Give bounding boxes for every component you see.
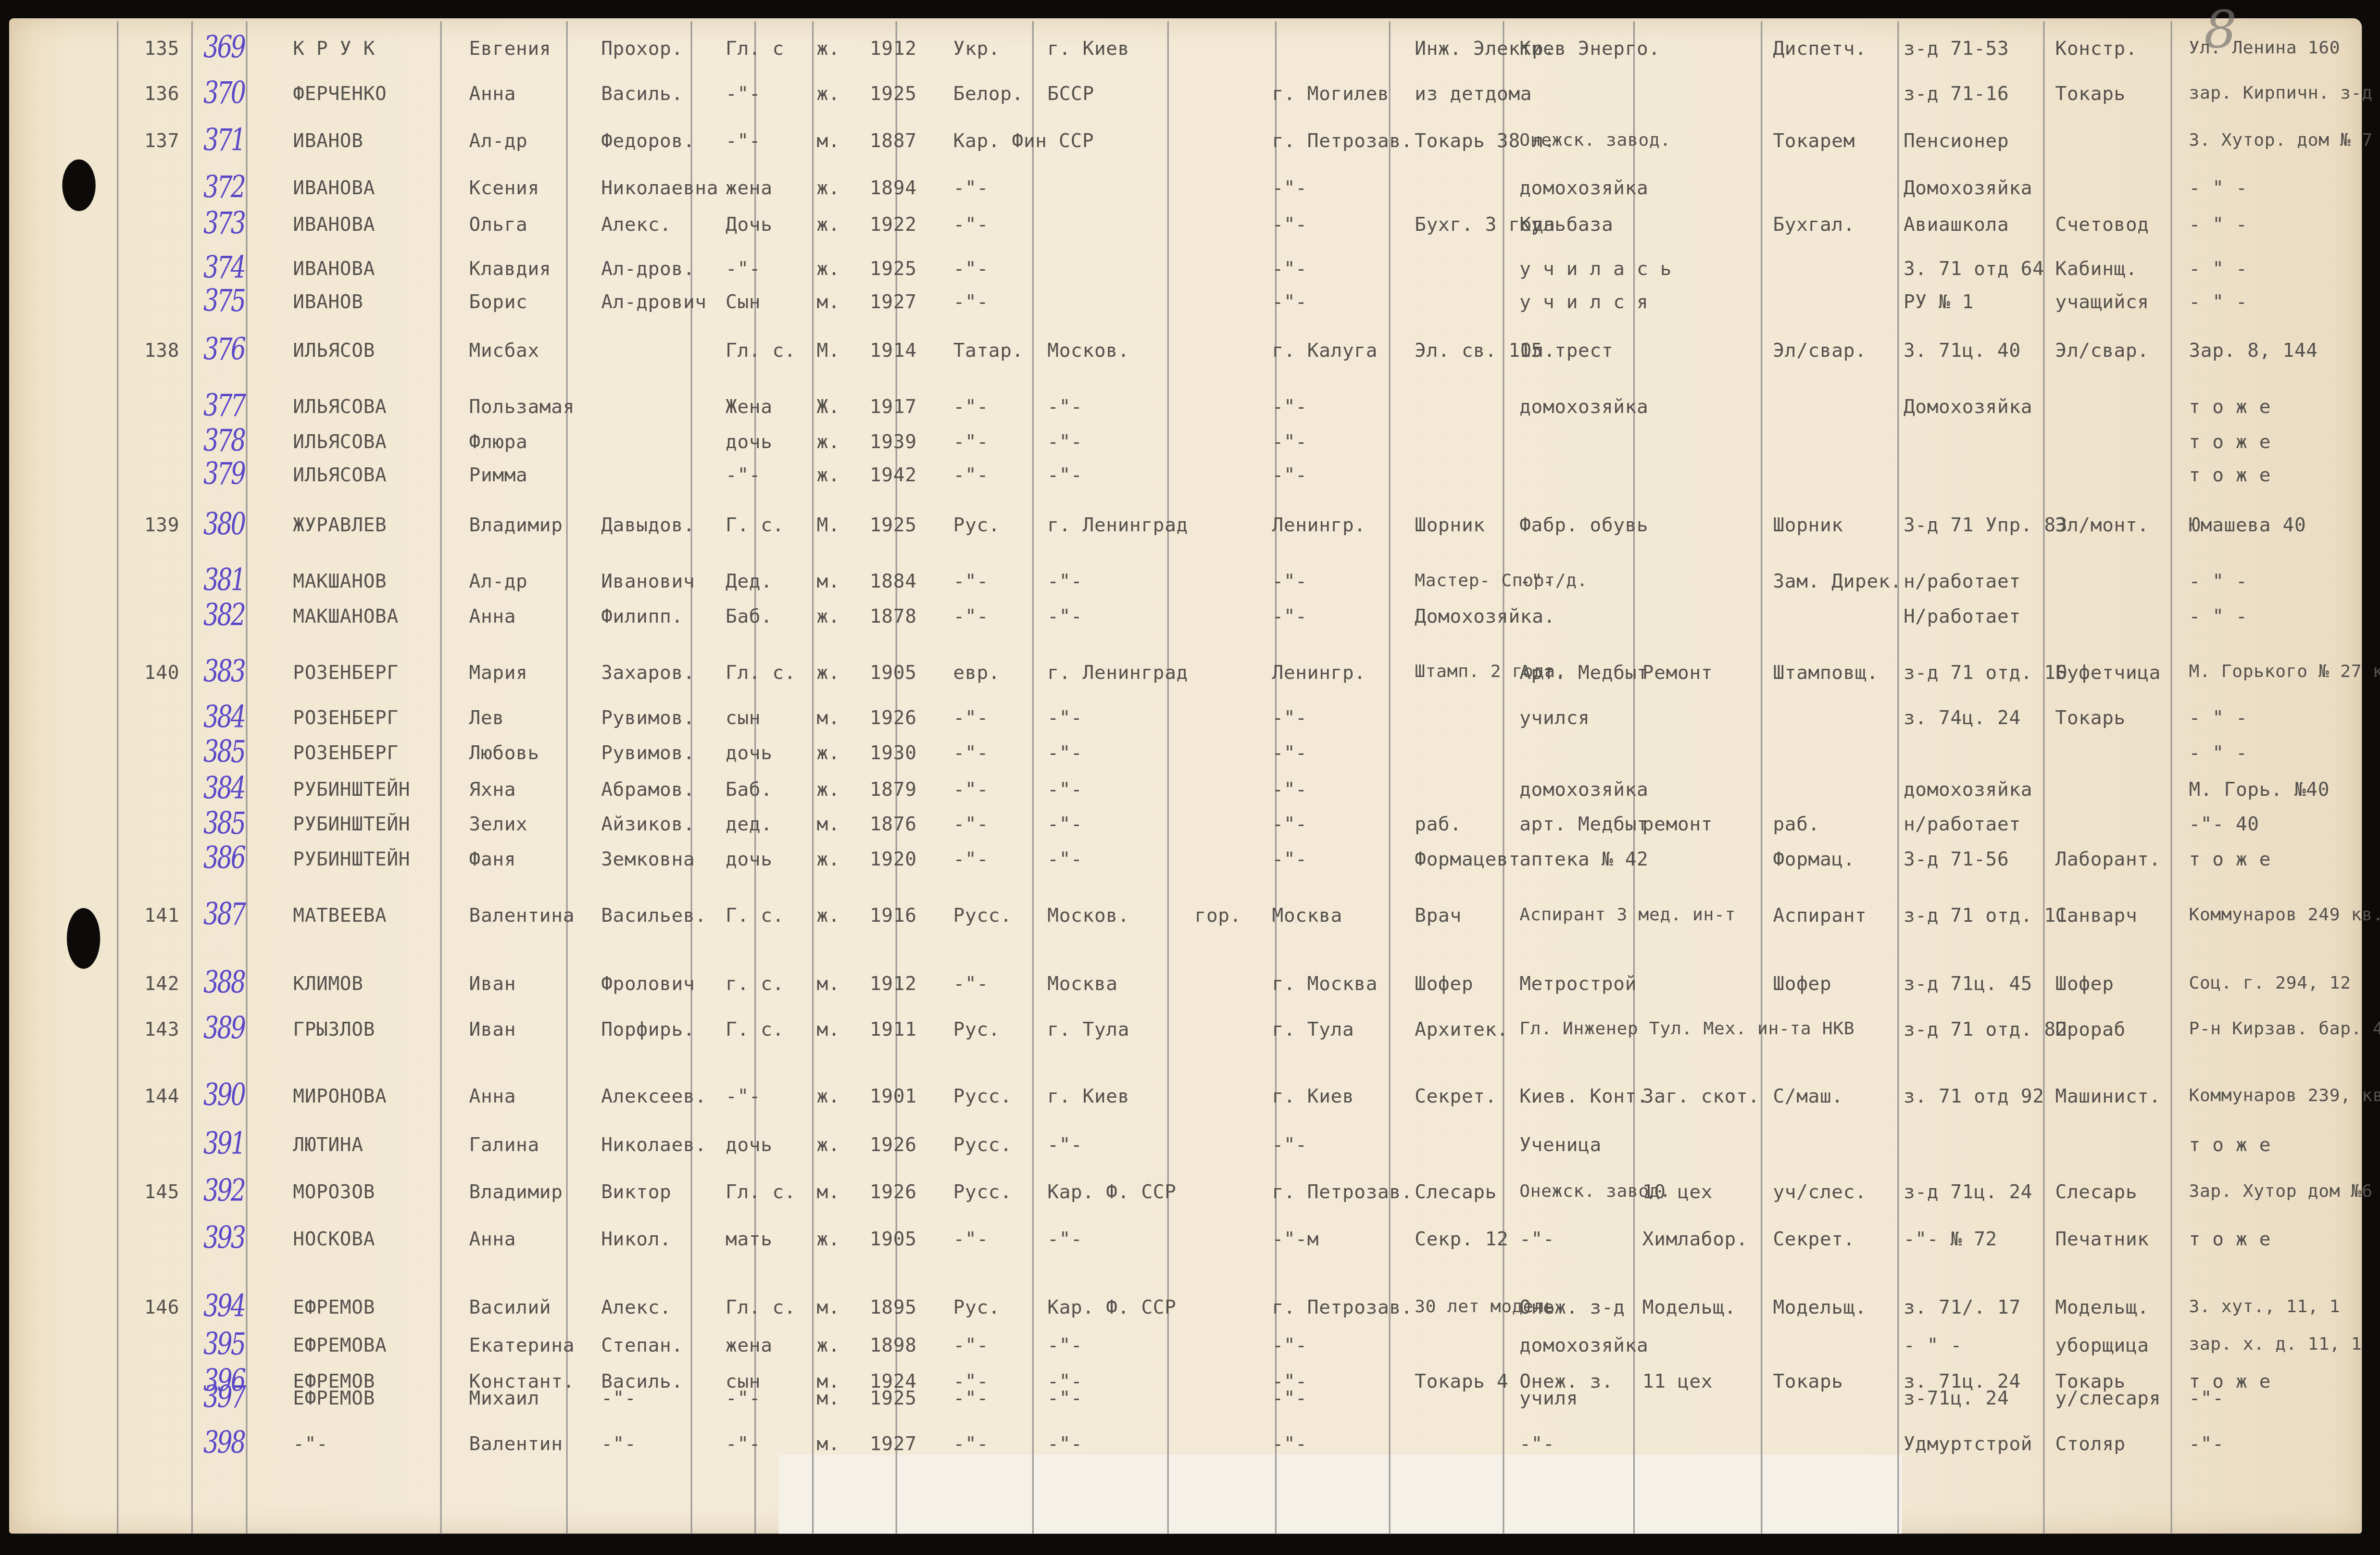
cell-surname: ИЛЬЯСОВА bbox=[293, 464, 387, 484]
handwritten-record-number: 391 bbox=[203, 1125, 244, 1162]
cell-name: Валентин bbox=[469, 1433, 563, 1453]
cell-name: Ал-др bbox=[469, 131, 528, 150]
cell-spec: Аспирант bbox=[1773, 905, 1866, 925]
cell-place: з. 71/. 17 bbox=[1904, 1297, 2021, 1317]
cell-year: 1927 bbox=[870, 291, 917, 311]
cell-addr: Зар. Хутор дом №6 кв 8 bbox=[2189, 1181, 2380, 1201]
cell-year: 1926 bbox=[870, 1181, 917, 1201]
document-stage: 8 135К Р У КЕвгенияПрохор.Гл. сж.1912Укр… bbox=[0, 0, 2380, 1555]
cell-prof: Врач bbox=[1415, 905, 1462, 925]
cell-addr: т о ж е bbox=[2189, 1229, 2271, 1248]
cell-surname: РОЗЕНБЕРГ bbox=[293, 708, 399, 727]
cell-arrived: -"- bbox=[1272, 1433, 1307, 1453]
cell-fam: 144 bbox=[144, 1086, 179, 1105]
cell-nat: -"- bbox=[953, 214, 989, 234]
cell-patr: Васильев. bbox=[601, 905, 707, 925]
cell-place: Домохозяйка bbox=[1904, 396, 2032, 416]
cell-sex: м. bbox=[816, 1297, 840, 1317]
cell-pos: Кабинщ. bbox=[2055, 258, 2138, 278]
cell-fam: 143 bbox=[144, 1019, 179, 1039]
cell-name: Борис bbox=[469, 291, 528, 311]
cell-sex: м. bbox=[816, 973, 840, 993]
cell-born: -"- bbox=[1047, 396, 1082, 416]
handwritten-record-number: 385 bbox=[203, 805, 244, 841]
cell-nat: -"- bbox=[953, 606, 989, 626]
cell-rel: -"- bbox=[726, 1433, 761, 1453]
cell-born: Москов. bbox=[1047, 340, 1129, 360]
cell-patr: Никол. bbox=[601, 1229, 671, 1248]
cell-nat: -"- bbox=[953, 291, 989, 311]
cell-addr: З. хут., 11, 1 bbox=[2189, 1297, 2340, 1317]
cell-spec: Бухгал. bbox=[1773, 214, 1855, 234]
cell-year: 1898 bbox=[870, 1335, 917, 1354]
cell-rel: дед. bbox=[726, 814, 773, 834]
punch-hole bbox=[62, 160, 95, 211]
cell-rel: -"- bbox=[726, 131, 761, 150]
cell-surname: К Р У К bbox=[293, 38, 375, 58]
cell-surname: МАТВЕЕВА bbox=[293, 905, 387, 925]
handwritten-record-number: 392 bbox=[203, 1172, 244, 1209]
cell-place: з-д 71 отд. 82 bbox=[1904, 1019, 2067, 1039]
cell-addr: -"- 40 bbox=[2189, 814, 2259, 834]
cell-name: Владимир bbox=[469, 1181, 563, 1201]
cell-addr: -"- bbox=[2189, 1388, 2224, 1407]
cell-rel: дочь bbox=[726, 742, 773, 762]
cell-year: 1895 bbox=[870, 1297, 917, 1317]
cell-place: з-д 71-16 bbox=[1904, 84, 2009, 103]
cell-work: Кульбаза bbox=[1519, 214, 1613, 234]
cell-surname: ИВАНОВА bbox=[293, 177, 375, 197]
cell-surname: ЕФРЕМОВА bbox=[293, 1335, 387, 1354]
cell-name: Зелих bbox=[469, 814, 528, 834]
cell-rel: жена bbox=[726, 1335, 773, 1354]
cell-rel: -"- bbox=[726, 258, 761, 278]
handwritten-record-number: 389 bbox=[203, 1010, 244, 1046]
cell-sex: м. bbox=[816, 1181, 840, 1201]
handwritten-record-number: 374 bbox=[203, 249, 244, 286]
cell-sex: м. bbox=[816, 708, 840, 727]
cell-pos: Токарь bbox=[2055, 84, 2126, 103]
cell-addr: Зар. 8, 144 bbox=[2189, 340, 2317, 360]
cell-prof: Домохозяйка. bbox=[1415, 606, 1555, 626]
cell-rel: Г. с. bbox=[726, 1019, 784, 1039]
cell-nat: -"- bbox=[953, 1433, 989, 1453]
cell-surname: РУБИНШТЕЙН bbox=[293, 779, 410, 799]
cell-year: 1926 bbox=[870, 1134, 917, 1154]
cell-name: Анна bbox=[469, 1086, 516, 1105]
cell-place: з-д 71ц. 24 bbox=[1904, 1181, 2032, 1201]
cell-nat: -"- bbox=[953, 464, 989, 484]
cell-place: з. 74ц. 24 bbox=[1904, 708, 2021, 727]
cell-sex: ж. bbox=[816, 177, 840, 197]
cell-prof: Архитек. bbox=[1415, 1019, 1508, 1039]
cell-work: -"- bbox=[1519, 571, 1554, 590]
cell-spec: Формац. bbox=[1773, 849, 1855, 868]
cell-born: -"- bbox=[1047, 779, 1082, 799]
cell-place: домохозяйка bbox=[1904, 779, 2032, 799]
cell-name: Анна bbox=[469, 84, 516, 103]
cell-nat: Татар. bbox=[953, 340, 1024, 360]
cell-arrived: -"- bbox=[1272, 849, 1307, 868]
cell-arrived: -"- bbox=[1272, 464, 1307, 484]
cell-arrived: -"-м bbox=[1272, 1229, 1319, 1248]
cell-addr: -"- bbox=[2189, 1433, 2224, 1453]
cell-sex: ж. bbox=[816, 849, 840, 868]
cell-pos: Прораб bbox=[2055, 1019, 2126, 1039]
cell-addr: т о ж е bbox=[2189, 396, 2271, 416]
cell-surname: ИВАНОВА bbox=[293, 214, 375, 234]
cell-year: 1942 bbox=[870, 464, 917, 484]
cell-rel: дочь bbox=[726, 431, 773, 451]
cell-nat: -"- bbox=[953, 708, 989, 727]
cell-sex: ж. bbox=[816, 464, 840, 484]
cell-nat: -"- bbox=[953, 258, 989, 278]
handwritten-record-number: 381 bbox=[203, 562, 244, 598]
cell-nat: Кар. Фин ССР bbox=[953, 131, 1094, 150]
handwritten-record-number: 375 bbox=[203, 282, 244, 319]
handwritten-record-number: 390 bbox=[203, 1077, 244, 1113]
cell-place: Н/работает bbox=[1904, 606, 2021, 626]
cell-work: учился bbox=[1519, 708, 1590, 727]
cell-name: Яхна bbox=[469, 779, 516, 799]
cell-sex: м. bbox=[816, 571, 840, 590]
cell-year: 1927 bbox=[870, 1433, 917, 1453]
cell-patr: Порфирь. bbox=[601, 1019, 695, 1039]
cell-name: Флюра bbox=[469, 431, 528, 451]
cell-year: 1878 bbox=[870, 606, 917, 626]
cell-addr: т о ж е bbox=[2189, 464, 2271, 484]
cell-name: Анна bbox=[469, 1229, 516, 1248]
cell-nat: -"- bbox=[953, 431, 989, 451]
cell-work: Онежск. завод. bbox=[1519, 131, 1671, 150]
cell-arrived: г. Могилев bbox=[1272, 84, 1390, 103]
cell-sex: м. bbox=[816, 131, 840, 150]
cell-year: 1930 bbox=[870, 742, 917, 762]
cell-prof: Мастер- Спорт/д. bbox=[1415, 571, 1588, 590]
cell-place: з-д 71-53 bbox=[1904, 38, 2009, 58]
cell-name: Владимир bbox=[469, 515, 563, 535]
cell-addr: т о ж е bbox=[2189, 849, 2271, 868]
cell-work: Метрострой bbox=[1519, 973, 1637, 993]
cell-addr: Соц. г. 294, 12 bbox=[2189, 973, 2351, 993]
cell-surname: ЕФРЕМОВ bbox=[293, 1388, 375, 1407]
cell-place: З-д 71 Упр. 83 bbox=[1904, 515, 2067, 535]
cell-work: Фабр. обувь bbox=[1519, 515, 1648, 535]
cell-place: Домохозяйка bbox=[1904, 177, 2032, 197]
cell-prof: Секр. 12 bbox=[1415, 1229, 1508, 1248]
cell-nat: -"- bbox=[953, 177, 989, 197]
cell-born: -"- bbox=[1047, 606, 1082, 626]
cell-spec: Токарем bbox=[1773, 131, 1855, 150]
cell-name: Лев bbox=[469, 708, 504, 727]
cell-pos: Столяр bbox=[2055, 1433, 2126, 1453]
cell-surname: ЛЮТИНА bbox=[293, 1134, 363, 1154]
cell-nat: Русс. bbox=[953, 1134, 1012, 1154]
cell-work2: Химлабор. bbox=[1642, 1229, 1748, 1248]
cell-pos: Шофер bbox=[2055, 973, 2114, 993]
cell-arrived: Москва bbox=[1272, 905, 1342, 925]
column-rule bbox=[2171, 21, 2172, 1533]
cell-arrived: -"- bbox=[1272, 708, 1307, 727]
cell-work: домохозяйка bbox=[1519, 779, 1648, 799]
cell-arrived: Ленингр. bbox=[1272, 515, 1366, 535]
cell-patr: Степан. bbox=[601, 1335, 683, 1354]
cell-rel: жена bbox=[726, 177, 773, 197]
cell-arrived: -"- bbox=[1272, 742, 1307, 762]
cell-born: г. Киев bbox=[1047, 1086, 1129, 1105]
cell-surname: МИРОНОВА bbox=[293, 1086, 387, 1105]
cell-rel: дочь bbox=[726, 1134, 773, 1154]
cell-spec: Шофер bbox=[1773, 973, 1831, 993]
cell-year: 1925 bbox=[870, 84, 917, 103]
cell-addr: М. Горь. №40 bbox=[2189, 779, 2330, 799]
cell-patr: Федоров. bbox=[601, 131, 695, 150]
cell-work2: ремонт bbox=[1642, 814, 1713, 834]
cell-nat: евр. bbox=[953, 662, 1001, 682]
cell-born: г. Ленинград bbox=[1047, 662, 1188, 682]
cell-name: Мисбах bbox=[469, 340, 539, 360]
cell-rel: Г. с. bbox=[726, 905, 784, 925]
cell-addr: т о ж е bbox=[2189, 431, 2271, 451]
cell-name: Валентина bbox=[469, 905, 575, 925]
cell-pos: Эл/монт. bbox=[2055, 515, 2149, 535]
handwritten-record-number: 376 bbox=[203, 331, 244, 367]
cell-nat: -"- bbox=[953, 742, 989, 762]
cell-born: -"- bbox=[1047, 849, 1082, 868]
cell-place: н/работает bbox=[1904, 814, 2021, 834]
cell-born: -"- bbox=[1047, 1335, 1082, 1354]
cell-fam: 146 bbox=[144, 1297, 179, 1317]
cell-nat: Рус. bbox=[953, 515, 1001, 535]
cell-rel: мать bbox=[726, 1229, 773, 1248]
cell-fam: 145 bbox=[144, 1181, 179, 1201]
cell-addr: т о ж е bbox=[2189, 1134, 2271, 1154]
column-rule bbox=[566, 21, 568, 1533]
cell-rel: Сын bbox=[726, 291, 761, 311]
cell-arrived: Ленингр. bbox=[1272, 662, 1366, 682]
cell-fam: 137 bbox=[144, 131, 179, 150]
cell-addr: Коммунаров 239, кв. 3 bbox=[2189, 1086, 2380, 1105]
cell-nat: -"- bbox=[953, 1229, 989, 1248]
cell-work2: 10 цех bbox=[1642, 1181, 1713, 1201]
cell-spec: Секрет. bbox=[1773, 1229, 1855, 1248]
cell-pos: Машинист. bbox=[2055, 1086, 2161, 1105]
cell-work: у ч и л с я bbox=[1519, 291, 1648, 311]
cell-pos: Токарь bbox=[2055, 708, 2126, 727]
cell-addr: Ул. Ленина 160 bbox=[2189, 38, 2340, 58]
cell-surname: МАКШАНОВА bbox=[293, 606, 399, 626]
cell-patr: Айзиков. bbox=[601, 814, 695, 834]
handwritten-record-number: 387 bbox=[203, 896, 244, 932]
cell-sex: ж. bbox=[816, 779, 840, 799]
cell-prof: Секрет. bbox=[1415, 1086, 1497, 1105]
cell-year: 1887 bbox=[870, 131, 917, 150]
cell-patr: Рувимов. bbox=[601, 742, 695, 762]
cell-addr: - " - bbox=[2189, 291, 2247, 311]
handwritten-record-number: 371 bbox=[203, 122, 244, 158]
cell-born: -"- bbox=[1047, 814, 1082, 834]
column-rule bbox=[117, 21, 118, 1533]
cell-rel: сын bbox=[726, 708, 761, 727]
cell-nat: -"- bbox=[953, 1335, 989, 1354]
cell-nat: -"- bbox=[953, 396, 989, 416]
cell-work: домохозяйка bbox=[1519, 1335, 1648, 1354]
cell-arrived: г. Тула bbox=[1272, 1019, 1354, 1039]
column-rule bbox=[1897, 21, 1899, 1533]
cell-nat: Русс. bbox=[953, 905, 1012, 925]
cell-spec: С/маш. bbox=[1773, 1086, 1843, 1105]
cell-surname: ИЛЬЯСОВ bbox=[293, 340, 375, 360]
cell-nat: -"- bbox=[953, 849, 989, 868]
cell-work: у ч и л а с ь bbox=[1519, 258, 1672, 278]
cell-prof: Формацевт bbox=[1415, 849, 1520, 868]
cell-pos: Печатник bbox=[2055, 1229, 2149, 1248]
cell-born: -"- bbox=[1047, 431, 1082, 451]
cell-name: Любовь bbox=[469, 742, 539, 762]
cell-year: 1912 bbox=[870, 973, 917, 993]
cell-work: Киев. Конт. bbox=[1519, 1086, 1648, 1105]
cell-born: -"- bbox=[1047, 571, 1082, 590]
cell-year: 1912 bbox=[870, 38, 917, 58]
column-rule bbox=[246, 21, 247, 1533]
cell-prof: Токарь 4 bbox=[1415, 1371, 1508, 1391]
cell-born: БССР bbox=[1047, 84, 1094, 103]
cell-surname: ИВАНОВ bbox=[293, 291, 363, 311]
cell-place: З. 71ц. 40 bbox=[1904, 340, 2021, 360]
cell-arrived: -"- bbox=[1272, 779, 1307, 799]
cell-nat: -"- bbox=[953, 973, 989, 993]
cell-year: 1939 bbox=[870, 431, 917, 451]
handwritten-record-number: 398 bbox=[203, 1424, 244, 1461]
cell-work2: 11 цех bbox=[1642, 1371, 1713, 1391]
cell-rel: Гл. с. bbox=[726, 1181, 796, 1201]
cell-prof: из детдома bbox=[1415, 84, 1532, 103]
cell-arrived: -"- bbox=[1272, 571, 1307, 590]
cell-name: Пользамая bbox=[469, 396, 575, 416]
cell-work: 15 трест bbox=[1519, 340, 1613, 360]
cell-work2: Ремонт bbox=[1642, 662, 1713, 682]
cell-born: -"- bbox=[1047, 742, 1082, 762]
cell-year: 1905 bbox=[870, 662, 917, 682]
cell-sex: ж. bbox=[816, 1229, 840, 1248]
cell-patr: Виктор bbox=[601, 1181, 671, 1201]
cell-patr: Абрамов. bbox=[601, 779, 695, 799]
cell-fam: 141 bbox=[144, 905, 179, 925]
cell-arrived: -"- bbox=[1272, 1134, 1307, 1154]
cell-work2: Модельщ. bbox=[1642, 1297, 1736, 1317]
cell-spec: уч/слес. bbox=[1773, 1181, 1866, 1201]
cell-name: Клавдия bbox=[469, 258, 551, 278]
cell-work: домохозяйка bbox=[1519, 396, 1648, 416]
cell-place: З. 71 отд 64 bbox=[1904, 258, 2044, 278]
cell-born: -"- bbox=[1047, 1433, 1082, 1453]
cell-rel: -"- bbox=[726, 1388, 761, 1407]
cell-pos: Счетовод bbox=[2055, 214, 2149, 234]
cell-place: з-д 71 отд. 11 bbox=[1904, 905, 2067, 925]
column-rule bbox=[1032, 21, 1034, 1533]
cell-surname: ЖУРАВЛЕВ bbox=[293, 515, 387, 535]
cell-arrived: -"- bbox=[1272, 177, 1307, 197]
cell-name: Мария bbox=[469, 662, 528, 682]
cell-pos: Слесарь bbox=[2055, 1181, 2138, 1201]
cell-place: Удмуртстрой bbox=[1904, 1433, 2032, 1453]
cell-surname: ИВАНОВ bbox=[293, 131, 363, 150]
cell-addr: - " - bbox=[2189, 708, 2247, 727]
cell-name: Иван bbox=[469, 973, 516, 993]
handwritten-record-number: 380 bbox=[203, 506, 244, 542]
cell-surname: РОЗЕНБЕРГ bbox=[293, 662, 399, 682]
cell-surname: МОРОЗОВ bbox=[293, 1181, 375, 1201]
cell-work2: Заг. скот. bbox=[1642, 1086, 1760, 1105]
cell-year: 1884 bbox=[870, 571, 917, 590]
cell-sex: м. bbox=[816, 1388, 840, 1407]
cell-nat: -"- bbox=[953, 1388, 989, 1407]
cell-born: г. Ленинград bbox=[1047, 515, 1188, 535]
cell-surname: РОЗЕНБЕРГ bbox=[293, 742, 399, 762]
handwritten-record-number: 372 bbox=[203, 169, 244, 205]
cell-patr: Прохор. bbox=[601, 38, 683, 58]
cell-spec: раб. bbox=[1773, 814, 1820, 834]
cell-sex: м. bbox=[816, 291, 840, 311]
cell-name: Ольга bbox=[469, 214, 528, 234]
handwritten-record-number: 384 bbox=[203, 699, 244, 735]
cell-work: училя bbox=[1519, 1388, 1578, 1407]
cell-work: -"- bbox=[1519, 1433, 1554, 1453]
cell-surname: РУБИНШТЕЙН bbox=[293, 849, 410, 868]
cell-year: 1925 bbox=[870, 1388, 917, 1407]
cell-born: -"- bbox=[1047, 1134, 1082, 1154]
handwritten-record-number: 378 bbox=[203, 422, 244, 459]
cell-fam: 139 bbox=[144, 515, 179, 535]
cell-born: Кар. Ф. ССР bbox=[1047, 1181, 1176, 1201]
cell-place: Пенсионер bbox=[1904, 131, 2009, 150]
cell-sex: ж. bbox=[816, 214, 840, 234]
cell-place: РУ № 1 bbox=[1904, 291, 1974, 311]
cell-born: -"- bbox=[1047, 708, 1082, 727]
cell-born: Кар. Ф. ССР bbox=[1047, 1297, 1176, 1317]
cell-fam: 142 bbox=[144, 973, 179, 993]
cell-rel: Гл. с. bbox=[726, 662, 796, 682]
cell-year: 1925 bbox=[870, 515, 917, 535]
cell-nat: -"- bbox=[953, 814, 989, 834]
cell-spec: Эл/свар. bbox=[1773, 340, 1866, 360]
cell-place: 3-д 71-56 bbox=[1904, 849, 2009, 868]
cell-surname: ИЛЬЯСОВА bbox=[293, 396, 387, 416]
cell-surname: ГРЫЗЛОВ bbox=[293, 1019, 375, 1039]
cell-surname: МАКШАНОВ bbox=[293, 571, 387, 590]
handwritten-record-number: 397 bbox=[203, 1379, 244, 1415]
cell-year: 1917 bbox=[870, 396, 917, 416]
cell-addr: М. Горького № 27 кв. 2 bbox=[2189, 662, 2380, 682]
cell-patr: Иванович bbox=[601, 571, 695, 590]
cell-addr: - " - bbox=[2189, 571, 2247, 590]
cell-year: 1894 bbox=[870, 177, 917, 197]
cell-patr: Земковна bbox=[601, 849, 695, 868]
cell-name: Ал-др bbox=[469, 571, 528, 590]
cell-fam: 135 bbox=[144, 38, 179, 58]
handwritten-record-number: 384 bbox=[203, 770, 244, 806]
cell-rel: -"- bbox=[726, 1086, 761, 1105]
cell-patr: Алекс. bbox=[601, 214, 671, 234]
cell-name: Михаил bbox=[469, 1388, 539, 1407]
cell-patr: Фролович bbox=[601, 973, 695, 993]
cell-spec: Диспетч. bbox=[1773, 38, 1866, 58]
cell-year: 1914 bbox=[870, 340, 917, 360]
cell-arrived: -"- bbox=[1272, 814, 1307, 834]
cell-year: 1911 bbox=[870, 1019, 917, 1039]
cell-addr: - " - bbox=[2189, 742, 2247, 762]
cell-year: 1926 bbox=[870, 708, 917, 727]
